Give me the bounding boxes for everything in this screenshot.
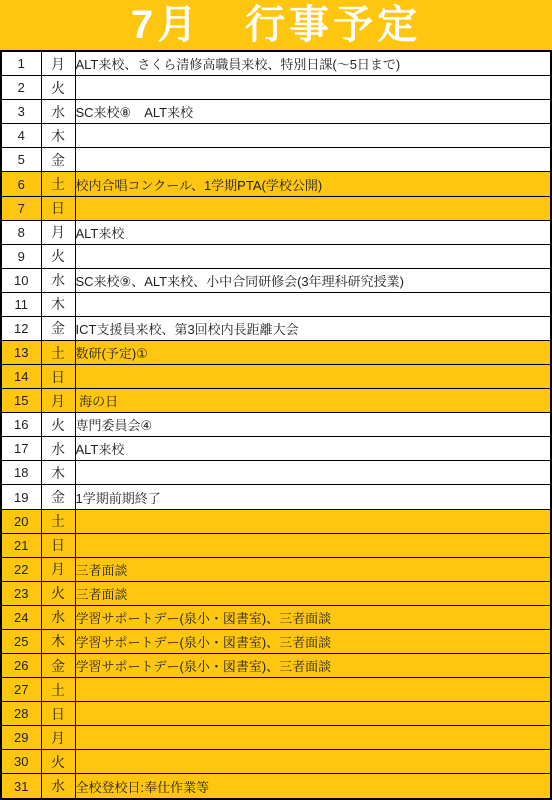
weekday-cell: 水 xyxy=(41,268,75,292)
weekday-cell: 水 xyxy=(41,774,75,799)
calendar-row: 5金 xyxy=(1,148,551,172)
day-cell: 1 xyxy=(1,51,41,76)
weekday-cell: 日 xyxy=(41,365,75,389)
event-cell xyxy=(75,292,551,316)
day-cell: 20 xyxy=(1,509,41,533)
calendar-row: 26金学習サポートデー(泉小・図書室)、三者面談 xyxy=(1,654,551,678)
day-cell: 2 xyxy=(1,76,41,100)
calendar-row: 17水ALT来校 xyxy=(1,437,551,461)
day-cell: 21 xyxy=(1,533,41,557)
day-cell: 4 xyxy=(1,124,41,148)
day-cell: 10 xyxy=(1,268,41,292)
calendar-row: 4木 xyxy=(1,124,551,148)
weekday-cell: 月 xyxy=(41,726,75,750)
weekday-cell: 水 xyxy=(41,437,75,461)
event-cell: 三者面談 xyxy=(75,557,551,581)
weekday-cell: 日 xyxy=(41,196,75,220)
calendar-row: 2火 xyxy=(1,76,551,100)
event-cell: 学習サポートデー(泉小・図書室)、三者面談 xyxy=(75,629,551,653)
calendar-row: 7日 xyxy=(1,196,551,220)
calendar-row: 14日 xyxy=(1,365,551,389)
weekday-cell: 月 xyxy=(41,389,75,413)
day-cell: 7 xyxy=(1,196,41,220)
event-cell: 全校登校日:奉仕作業等 xyxy=(75,774,551,799)
event-cell xyxy=(75,244,551,268)
weekday-cell: 木 xyxy=(41,292,75,316)
event-cell: 専門委員会④ xyxy=(75,413,551,437)
weekday-cell: 水 xyxy=(41,605,75,629)
calendar-row: 13土数研(予定)① xyxy=(1,341,551,365)
weekday-cell: 火 xyxy=(41,750,75,774)
weekday-cell: 土 xyxy=(41,341,75,365)
calendar-row: 15月 海の日 xyxy=(1,389,551,413)
calendar-row: 31水全校登校日:奉仕作業等 xyxy=(1,774,551,799)
event-cell: ALT来校 xyxy=(75,220,551,244)
day-cell: 27 xyxy=(1,678,41,702)
day-cell: 26 xyxy=(1,654,41,678)
calendar-row: 27土 xyxy=(1,678,551,702)
calendar-table: 1月ALT来校、さくら清修高職員来校、特別日課(～5日まで)2火3水SC来校⑧ … xyxy=(0,50,552,800)
day-cell: 17 xyxy=(1,437,41,461)
day-cell: 25 xyxy=(1,629,41,653)
event-cell: ICT支援員来校、第3回校内長距離大会 xyxy=(75,316,551,340)
day-cell: 11 xyxy=(1,292,41,316)
calendar-row: 18木 xyxy=(1,461,551,485)
calendar-row: 1月ALT来校、さくら清修高職員来校、特別日課(～5日まで) xyxy=(1,51,551,76)
day-cell: 18 xyxy=(1,461,41,485)
day-cell: 5 xyxy=(1,148,41,172)
calendar-row: 23火三者面談 xyxy=(1,581,551,605)
event-cell: 三者面談 xyxy=(75,581,551,605)
event-cell: 校内合唱コンクール、1学期PTA(学校公開) xyxy=(75,172,551,196)
weekday-cell: 土 xyxy=(41,678,75,702)
event-cell: 1学期前期終了 xyxy=(75,485,551,509)
day-cell: 29 xyxy=(1,726,41,750)
weekday-cell: 月 xyxy=(41,557,75,581)
event-cell xyxy=(75,678,551,702)
day-cell: 9 xyxy=(1,244,41,268)
weekday-cell: 日 xyxy=(41,533,75,557)
weekday-cell: 日 xyxy=(41,702,75,726)
calendar-row: 20土 xyxy=(1,509,551,533)
calendar-row: 30火 xyxy=(1,750,551,774)
event-cell xyxy=(75,750,551,774)
weekday-cell: 土 xyxy=(41,509,75,533)
calendar-row: 28日 xyxy=(1,702,551,726)
weekday-cell: 火 xyxy=(41,413,75,437)
event-cell: 学習サポートデー(泉小・図書室)、三者面談 xyxy=(75,605,551,629)
calendar-row: 11木 xyxy=(1,292,551,316)
event-cell: 海の日 xyxy=(75,389,551,413)
event-cell: 学習サポートデー(泉小・図書室)、三者面談 xyxy=(75,654,551,678)
weekday-cell: 金 xyxy=(41,485,75,509)
day-cell: 31 xyxy=(1,774,41,799)
day-cell: 24 xyxy=(1,605,41,629)
day-cell: 28 xyxy=(1,702,41,726)
calendar-row: 16火専門委員会④ xyxy=(1,413,551,437)
day-cell: 8 xyxy=(1,220,41,244)
weekday-cell: 水 xyxy=(41,100,75,124)
calendar-row: 12金ICT支援員来校、第3回校内長距離大会 xyxy=(1,316,551,340)
weekday-cell: 月 xyxy=(41,220,75,244)
weekday-cell: 火 xyxy=(41,244,75,268)
event-cell xyxy=(75,124,551,148)
calendar-row: 3水SC来校⑧ ALT来校 xyxy=(1,100,551,124)
calendar-row: 19金1学期前期終了 xyxy=(1,485,551,509)
event-cell: 数研(予定)① xyxy=(75,341,551,365)
calendar-body: 1月ALT来校、さくら清修高職員来校、特別日課(～5日まで)2火3水SC来校⑧ … xyxy=(1,51,551,799)
event-cell xyxy=(75,509,551,533)
event-cell xyxy=(75,461,551,485)
calendar-row: 9火 xyxy=(1,244,551,268)
event-cell xyxy=(75,726,551,750)
weekday-cell: 月 xyxy=(41,51,75,76)
calendar-row: 21日 xyxy=(1,533,551,557)
day-cell: 30 xyxy=(1,750,41,774)
weekday-cell: 土 xyxy=(41,172,75,196)
calendar-row: 29月 xyxy=(1,726,551,750)
event-cell: SC来校⑧ ALT来校 xyxy=(75,100,551,124)
event-cell xyxy=(75,702,551,726)
day-cell: 3 xyxy=(1,100,41,124)
event-cell: ALT来校、さくら清修高職員来校、特別日課(～5日まで) xyxy=(75,51,551,76)
event-cell: SC来校⑨、ALT来校、小中合同研修会(3年理科研究授業) xyxy=(75,268,551,292)
event-cell xyxy=(75,365,551,389)
day-cell: 15 xyxy=(1,389,41,413)
calendar-row: 25木学習サポートデー(泉小・図書室)、三者面談 xyxy=(1,629,551,653)
calendar-row: 8月ALT来校 xyxy=(1,220,551,244)
day-cell: 16 xyxy=(1,413,41,437)
weekday-cell: 金 xyxy=(41,148,75,172)
event-cell xyxy=(75,533,551,557)
page-title: 7月 行事予定 xyxy=(0,0,552,50)
calendar-row: 24水学習サポートデー(泉小・図書室)、三者面談 xyxy=(1,605,551,629)
weekday-cell: 金 xyxy=(41,654,75,678)
day-cell: 23 xyxy=(1,581,41,605)
calendar-row: 6土校内合唱コンクール、1学期PTA(学校公開) xyxy=(1,172,551,196)
weekday-cell: 木 xyxy=(41,629,75,653)
weekday-cell: 火 xyxy=(41,76,75,100)
day-cell: 22 xyxy=(1,557,41,581)
weekday-cell: 金 xyxy=(41,316,75,340)
calendar-row: 10水SC来校⑨、ALT来校、小中合同研修会(3年理科研究授業) xyxy=(1,268,551,292)
event-cell: ALT来校 xyxy=(75,437,551,461)
weekday-cell: 木 xyxy=(41,124,75,148)
day-cell: 13 xyxy=(1,341,41,365)
day-cell: 12 xyxy=(1,316,41,340)
day-cell: 19 xyxy=(1,485,41,509)
event-cell xyxy=(75,148,551,172)
weekday-cell: 木 xyxy=(41,461,75,485)
weekday-cell: 火 xyxy=(41,581,75,605)
event-cell xyxy=(75,76,551,100)
day-cell: 14 xyxy=(1,365,41,389)
calendar-row: 22月三者面談 xyxy=(1,557,551,581)
event-cell xyxy=(75,196,551,220)
day-cell: 6 xyxy=(1,172,41,196)
